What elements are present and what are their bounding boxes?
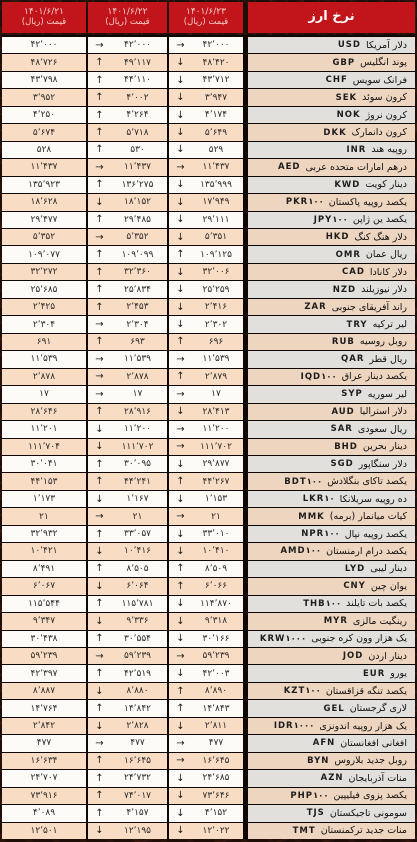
price-cell-day21: ۴٬۲۵۰ bbox=[2, 107, 86, 123]
price-cell-day22: ↓ ۱۱۱٬۷۰۲ bbox=[88, 439, 167, 455]
price-cell-day22: ↓ ۱۸٬۱۵۲ bbox=[88, 194, 167, 210]
currency-code: INR bbox=[347, 145, 367, 155]
currency-code: TRY bbox=[347, 320, 368, 330]
price-cell-day23: ↑ ۸٬۸۹۰ bbox=[169, 683, 243, 699]
price-value-day23: ۲٬۸۱۱ bbox=[189, 721, 243, 731]
price-cell-day23: → ۲۱ bbox=[169, 508, 243, 524]
price-value-day22: ۲۹٬۴۸۵ bbox=[108, 215, 167, 225]
price-cell-day21: ۲۵٬۶۸۵ bbox=[2, 281, 86, 297]
trend-up-icon: ↑ bbox=[88, 476, 108, 487]
currency-name: منات آذربایجان bbox=[349, 773, 407, 784]
price-cell-day23: ↑ ۱۴٬۸۴۳ bbox=[169, 700, 243, 716]
price-cell-day21: ۳۲٬۹۳۲ bbox=[2, 526, 86, 542]
currency-name: کرون نروژ bbox=[366, 110, 407, 121]
currency-name: ده روپیه سریلانکا bbox=[340, 494, 407, 505]
currency-row: ۱۱٬۵۳۹ → ۱۱٬۵۳۹ → ۱۱٬۵۳۹ ریال قطر QAR bbox=[2, 351, 415, 367]
exchange-rate-page: { "header": { "title": "نرخ ارز", "price… bbox=[0, 0, 417, 842]
price-cell-day22: → ۲٬۸۷۸ bbox=[88, 369, 167, 385]
price-value-day21: ۲۸٬۶۴۶ bbox=[2, 407, 86, 417]
currency-name: دلار سنگاپور bbox=[359, 459, 407, 470]
currency-code: CNY bbox=[343, 581, 366, 591]
price-cell-day21: ۲۹٬۴۷۷ bbox=[2, 212, 86, 228]
price-cell-day21: ۴۲٬۰۰۰ bbox=[2, 37, 86, 53]
price-cell-day22: ↑ ۸٬۵۰۵ bbox=[88, 561, 167, 577]
price-cell-day22: ↑ ۴۹٬۱۱۷ bbox=[88, 54, 167, 70]
price-value-day21: ۵٬۶۷۴ bbox=[2, 128, 86, 138]
currency-name-cell: کرون سوئد SEK bbox=[248, 89, 415, 105]
price-cell-day23: ↓ ۵٬۳۵۱ bbox=[169, 229, 243, 245]
currency-name: ریال قطر bbox=[369, 354, 407, 365]
currency-name-cell: دلار سنگاپور SGD bbox=[248, 456, 415, 472]
price-cell-day23: ↓ ۴۸٬۴۲۰ bbox=[169, 54, 243, 70]
price-cell-day22: ↑ ۳۲٬۳۶۰ bbox=[88, 264, 167, 280]
price-cell-day21: ۲٬۳۰۴ bbox=[2, 316, 86, 332]
price-cell-day22: ↑ ۱۰۹٬۰۹۹ bbox=[88, 246, 167, 262]
price-cell-day23: ↓ ۳۰٬۱۶۶ bbox=[169, 631, 243, 647]
currency-name-cell: افغانی افغانستان AFN bbox=[248, 735, 415, 751]
price-value-day23: ۱۱۴٬۸۷۰ bbox=[189, 599, 243, 609]
trend-up-icon: ↑ bbox=[88, 75, 108, 86]
currency-name: یکصد تنگه قزاقستان bbox=[326, 686, 407, 697]
currency-name: روبل روسیه bbox=[360, 336, 407, 347]
price-value-day22: ۲٬۸۷۸ bbox=[108, 372, 167, 382]
price-cell-day23: ↓ ۳٬۹۴۷ bbox=[169, 89, 243, 105]
price-value-day21: ۸٬۸۸۷ bbox=[2, 686, 86, 696]
currency-name-cell: یکصد دینار عراق IQD۱۰۰ bbox=[248, 369, 415, 385]
price-cell-day23: ↓ ۴٬۱۵۲ bbox=[169, 805, 243, 821]
currency-name: کرون دانمارک bbox=[352, 127, 407, 138]
price-cell-day23: ↓ ۱۰٬۴۱۰ bbox=[169, 543, 243, 559]
currency-row: ۴٬۰۸۹ ↑ ۴٬۱۵۷ ↓ ۴٬۱۵۲ سومونی تاجیکستان T… bbox=[2, 805, 415, 821]
currency-row: ۲٬۳۰۴ → ۲٬۳۰۴ ↓ ۲٬۳۰۲ لیر ترکیه TRY bbox=[2, 316, 415, 332]
currency-row: ۴۳٬۷۹۸ ↑ ۴۴٬۱۱۰ ↓ ۴۳٬۷۱۲ فرانک سویس CHF bbox=[2, 72, 415, 88]
price-cell-day21: ۳۲٬۲۷۲ bbox=[2, 264, 86, 280]
price-value-day23: ۵۲۹ bbox=[189, 145, 243, 155]
price-value-day21: ۱۰۹٬۰۷۷ bbox=[2, 250, 86, 260]
price-value-day23: ۷۳٬۶۴۶ bbox=[189, 791, 243, 801]
price-value-day23: ۱۱٬۵۳۹ bbox=[189, 354, 243, 364]
currency-code: NPR۱۰۰ bbox=[301, 529, 339, 539]
price-cell-day23: ↓ ۳۳٬۰۱۰ bbox=[169, 526, 243, 542]
price-value-day23: ۱۱٬۴۳۷ bbox=[189, 162, 243, 172]
price-value-day23: ۴۲٬۰۰۳ bbox=[189, 669, 243, 679]
trend-up-icon: ↑ bbox=[88, 790, 108, 801]
price-value-day21: ۱۳۵٬۹۲۳ bbox=[2, 180, 86, 190]
currency-name-cell: رینگیت مالزی MYR bbox=[248, 613, 415, 629]
currency-name: یکصد روپیه نپال bbox=[345, 529, 407, 540]
price-cell-day22: ↑ ۳۰٬۰۹۵ bbox=[88, 456, 167, 472]
currency-code: MYR bbox=[324, 616, 348, 626]
currency-code: CAD bbox=[342, 267, 365, 277]
trend-down-icon: ↓ bbox=[169, 92, 189, 103]
price-value-day23: ۱۷٬۹۴۹ bbox=[189, 197, 243, 207]
trend-up-icon: ↑ bbox=[88, 110, 108, 121]
price-cell-day23: ↓ ۲٬۴۱۶ bbox=[169, 299, 243, 315]
price-cell-day22: ↑ ۱۳۶٬۲۷۵ bbox=[88, 177, 167, 193]
header-price-label: قیمت (ریال) bbox=[22, 18, 66, 28]
trend-down-icon: ↓ bbox=[169, 127, 189, 138]
trend-flat-icon: → bbox=[169, 441, 189, 452]
price-value-day22: ۸٬۵۰۵ bbox=[108, 564, 167, 574]
currency-name-cell: یک هزار روپیه اندونزی IDR۱۰۰۰ bbox=[248, 718, 415, 734]
price-value-day23: ۳۲٬۰۰۶ bbox=[189, 267, 243, 277]
price-cell-day21: ۳٬۹۵۲ bbox=[2, 89, 86, 105]
price-value-day22: ۴۲٬۰۰۰ bbox=[108, 40, 167, 50]
price-value-day21: ۳۰٬۴۳۸ bbox=[2, 634, 86, 644]
trend-down-icon: ↓ bbox=[169, 616, 189, 627]
price-cell-day21: ۱۱٬۴۳۷ bbox=[2, 159, 86, 175]
price-value-day22: ۲۵٬۸۳۴ bbox=[108, 285, 167, 295]
price-cell-day21: ۲۱ bbox=[2, 508, 86, 524]
currency-code: AFN bbox=[313, 738, 336, 748]
trend-up-icon: ↑ bbox=[88, 529, 108, 540]
currency-name: لیر سوریه bbox=[368, 389, 407, 400]
price-cell-day21: ۳۰٬۰۴۱ bbox=[2, 456, 86, 472]
currency-code: PKR۱۰۰ bbox=[286, 197, 324, 207]
price-cell-day21: ۶٬۰۶۷ bbox=[2, 578, 86, 594]
price-value-day21: ۱۷ bbox=[2, 389, 86, 399]
currency-name-cell: کیات میانمار (برمه) MMK bbox=[248, 508, 415, 524]
currency-name-cell: یکصد درام ارمنستان AMD۱۰۰ bbox=[248, 543, 415, 559]
price-cell-day22: ↑ ۵٬۷۱۸ bbox=[88, 124, 167, 140]
price-cell-day21: ۵۹٬۲۳۹ bbox=[2, 648, 86, 664]
currency-name: منات جدید ترکمنستان bbox=[321, 825, 407, 836]
currency-code: KWD bbox=[334, 180, 360, 190]
trend-down-icon: ↓ bbox=[88, 616, 108, 627]
price-value-day22: ۵٬۳۵۲ bbox=[108, 232, 167, 242]
price-value-day21: ۳۰٬۰۴۱ bbox=[2, 459, 86, 469]
price-cell-day23: → ۱۱٬۵۳۹ bbox=[169, 351, 243, 367]
currency-row: ۶٬۰۶۷ ↓ ۶٬۰۶۴ ↑ ۶٬۰۶۶ یوان چین CNY bbox=[2, 578, 415, 594]
price-cell-day23: → ۱۱۱٬۷۰۲ bbox=[169, 439, 243, 455]
price-cell-day22: → ۱۱٬۴۳۷ bbox=[88, 159, 167, 175]
price-value-day23: ۱۰٬۴۱۰ bbox=[189, 546, 243, 556]
currency-name: دینار بحرین bbox=[363, 441, 407, 452]
currency-name-cell: روبل جدید بلاروس BYN bbox=[248, 753, 415, 769]
price-value-day22: ۱۸٬۱۵۲ bbox=[108, 197, 167, 207]
price-value-day23: ۳٬۹۴۷ bbox=[189, 93, 243, 103]
trend-down-icon: ↓ bbox=[88, 546, 108, 557]
price-cell-day23: ↓ ۳۲٬۰۰۶ bbox=[169, 264, 243, 280]
trend-up-icon: ↑ bbox=[88, 703, 108, 714]
table-header-row: ۱۴۰۱/۶/۲۱ قیمت (ریال) ۱۴۰۱/۶/۲۲ قیمت (ری… bbox=[2, 2, 415, 33]
currency-code: RUB bbox=[332, 337, 355, 347]
trend-up-icon: ↑ bbox=[88, 57, 108, 68]
currency-name: دلار نیوزیلند bbox=[361, 284, 407, 295]
currency-row: ۱۱٬۴۳۷ → ۱۱٬۴۳۷ → ۱۱٬۴۳۷ درهم امارات متح… bbox=[2, 159, 415, 175]
currency-name-cell: روپیه هند INR bbox=[248, 142, 415, 158]
price-cell-day22: ↓ ۱۱٬۲۰۰ bbox=[88, 421, 167, 437]
currency-name-cell: دلار آمریکا USD bbox=[248, 37, 415, 53]
price-value-day22: ۵۳۰ bbox=[108, 145, 167, 155]
currency-code: CHF bbox=[326, 75, 348, 85]
currency-code: BYN bbox=[307, 756, 329, 766]
trend-down-icon: ↓ bbox=[169, 284, 189, 295]
price-value-day22: ۳۰٬۵۵۴ bbox=[108, 634, 167, 644]
trend-up-icon: ↑ bbox=[88, 284, 108, 295]
price-cell-day22: ↑ ۷۴٬۰۱۷ bbox=[88, 788, 167, 804]
price-value-day21: ۵۲۸ bbox=[2, 145, 86, 155]
currency-name: یکصد پزوی فیلیپین bbox=[334, 790, 407, 801]
price-value-day21: ۴۲٬۰۰۰ bbox=[2, 40, 86, 50]
trend-down-icon: ↓ bbox=[88, 197, 108, 208]
price-value-day23: ۲٬۸۷۹ bbox=[189, 372, 243, 382]
trend-flat-icon: → bbox=[88, 40, 108, 51]
price-cell-day22: ↑ ۳۳٬۰۵۷ bbox=[88, 526, 167, 542]
trend-up-icon: ↑ bbox=[88, 267, 108, 278]
trend-down-icon: ↓ bbox=[88, 494, 108, 505]
price-cell-day22: ↑ ۴۲٬۵۱۹ bbox=[88, 665, 167, 681]
trend-down-icon: ↓ bbox=[169, 197, 189, 208]
price-cell-day23: ↓ ۲٬۸۱۱ bbox=[169, 718, 243, 734]
trend-up-icon: ↑ bbox=[88, 598, 108, 609]
header-price-label: قیمت (ریال) bbox=[184, 18, 228, 28]
currency-name: راند آفریقای جنوبی bbox=[332, 302, 407, 313]
trend-flat-icon: → bbox=[169, 738, 189, 749]
currency-code: SAR bbox=[331, 424, 353, 434]
price-value-day23: ۲۵٬۲۵۹ bbox=[189, 285, 243, 295]
trend-down-icon: ↓ bbox=[169, 57, 189, 68]
price-cell-day23: ↓ ۴۳٬۷۱۲ bbox=[169, 72, 243, 88]
trend-flat-icon: → bbox=[88, 371, 108, 382]
currency-name: ریال عمان bbox=[366, 249, 407, 260]
currency-name: دلار هنگ کنگ bbox=[354, 232, 407, 243]
price-value-day21: ۲۵٬۶۸۵ bbox=[2, 285, 86, 295]
price-cell-day22: ↑ ۲۴٬۷۳۲ bbox=[88, 770, 167, 786]
price-value-day21: ۴۳٬۷۹۸ bbox=[2, 75, 86, 85]
currency-name-cell: ریال سعودی SAR bbox=[248, 421, 415, 437]
currency-name: یکصد تاکای بنگلادش bbox=[327, 476, 407, 487]
trend-up-icon: ↑ bbox=[88, 214, 108, 225]
price-value-day21: ۱۱۵٬۵۴۴ bbox=[2, 599, 86, 609]
price-value-day22: ۹٬۳۳۶ bbox=[108, 616, 167, 626]
price-cell-day21: ۶۹۱ bbox=[2, 334, 86, 350]
price-value-day22: ۱۶٬۶۴۵ bbox=[108, 756, 167, 766]
currency-name-cell: یکصد ین ژاپن JPY۱۰۰ bbox=[248, 212, 415, 228]
trend-down-icon: ↓ bbox=[169, 494, 189, 505]
trend-down-icon: ↓ bbox=[88, 721, 108, 732]
table-title: نرخ ارز bbox=[308, 10, 354, 25]
currency-name-cell: یکصد روپیه نپال NPR۱۰۰ bbox=[248, 526, 415, 542]
currency-name-cell: کرون نروژ NOK bbox=[248, 107, 415, 123]
trend-up-icon: ↑ bbox=[88, 459, 108, 470]
currency-code: EUR bbox=[363, 669, 385, 679]
price-cell-day21: ۱۴٬۷۶۴ bbox=[2, 700, 86, 716]
price-cell-day22: → ۱۱٬۵۳۹ bbox=[88, 351, 167, 367]
currency-code: BDT۱۰۰ bbox=[284, 477, 322, 487]
currency-name: لاری گرجستان bbox=[350, 703, 407, 714]
price-cell-day22: → ۲۱ bbox=[88, 508, 167, 524]
price-value-day23: ۵۹٬۲۳۹ bbox=[189, 651, 243, 661]
currency-name-cell: دینار لیبی LYD bbox=[248, 561, 415, 577]
price-cell-day21: ۷۳٬۹۱۶ bbox=[2, 788, 86, 804]
trend-flat-icon: → bbox=[169, 354, 189, 365]
price-cell-day22: ↑ ۲۵٬۸۳۴ bbox=[88, 281, 167, 297]
price-cell-day23: ↓ ۲۹٬۸۷۷ bbox=[169, 456, 243, 472]
price-cell-day22: ↑ ۲۸٬۹۱۶ bbox=[88, 404, 167, 420]
price-value-day21: ۴۲٬۳۹۷ bbox=[2, 669, 86, 679]
currency-row: ۱۶٬۶۳۴ ↑ ۱۶٬۶۴۵ → ۱۶٬۶۴۵ روبل جدید بلارو… bbox=[2, 753, 415, 769]
price-cell-day22: ↓ ۸٬۸۸۰ bbox=[88, 683, 167, 699]
price-cell-day21: ۵٬۳۵۲ bbox=[2, 229, 86, 245]
currency-name-cell: لاری گرجستان GEL bbox=[248, 700, 415, 716]
price-value-day21: ۸٬۴۹۱ bbox=[2, 564, 86, 574]
trend-flat-icon: → bbox=[88, 354, 108, 365]
currency-row: ۲۴٬۷۰۷ ↑ ۲۴٬۷۳۲ ↓ ۲۴٬۶۸۵ منات آذربایجان … bbox=[2, 770, 415, 786]
price-cell-day22: ↑ ۱۶٬۶۴۵ bbox=[88, 753, 167, 769]
price-cell-day21: ۴٬۰۸۹ bbox=[2, 805, 86, 821]
header-date-text: ۱۴۰۱/۶/۲۳ bbox=[186, 7, 226, 17]
currency-name-cell: ده روپیه سریلانکا LKR۱۰ bbox=[248, 491, 415, 507]
currency-row: ۳۰٬۴۳۸ ↑ ۳۰٬۵۵۴ ↓ ۳۰٬۱۶۶ یک هزار وون کره… bbox=[2, 631, 415, 647]
price-cell-day23: ↓ ۱۳۵٬۹۹۹ bbox=[169, 177, 243, 193]
currency-name: پوند انگلیس bbox=[360, 57, 407, 68]
currency-row: ۲٬۸۷۸ → ۲٬۸۷۸ ↑ ۲٬۸۷۹ یکصد دینار عراق IQ… bbox=[2, 369, 415, 385]
price-cell-day23: ↓ ۲۴٬۶۸۵ bbox=[169, 770, 243, 786]
currency-code: HKD bbox=[326, 232, 350, 242]
currency-name-cell: یوان چین CNY bbox=[248, 578, 415, 594]
price-cell-day22: → ۵٬۳۵۲ bbox=[88, 229, 167, 245]
trend-flat-icon: → bbox=[169, 755, 189, 766]
price-cell-day23: ↓ ۱۷٬۹۴۹ bbox=[169, 194, 243, 210]
trend-down-icon: ↓ bbox=[169, 302, 189, 313]
currency-row: ۴۲٬۰۰۰ → ۴۲٬۰۰۰ → ۴۲٬۰۰۰ دلار آمریکا USD bbox=[2, 37, 415, 53]
price-value-day23: ۸٬۸۹۰ bbox=[189, 686, 243, 696]
price-cell-day21: ۲۴٬۷۰۷ bbox=[2, 770, 86, 786]
currency-row: ۶۹۱ ↑ ۶۹۳ ↑ ۶۹۶ روبل روسیه RUB bbox=[2, 334, 415, 350]
price-cell-day22: ↑ ۵۳۰ bbox=[88, 142, 167, 158]
price-cell-day22: ↓ ۱٬۱۶۷ bbox=[88, 491, 167, 507]
price-value-day22: ۱۴٬۸۴۲ bbox=[108, 704, 167, 714]
price-cell-day21: ۱۷ bbox=[2, 386, 86, 402]
price-value-day21: ۴۷۷ bbox=[2, 738, 86, 748]
currency-name: یک هزار روپیه اندونزی bbox=[319, 721, 407, 732]
price-value-day23: ۶٬۰۶۶ bbox=[189, 581, 243, 591]
price-value-day23: ۲۸٬۴۱۳ bbox=[189, 407, 243, 417]
price-value-day21: ۲٬۳۰۴ bbox=[2, 320, 86, 330]
currency-row: ۲۸٬۶۴۶ ↑ ۲۸٬۹۱۶ ↓ ۲۸٬۴۱۳ دلار استرالیا A… bbox=[2, 404, 415, 420]
price-value-day22: ۸٬۸۸۰ bbox=[108, 686, 167, 696]
currency-code: PHP۱۰۰ bbox=[290, 791, 328, 801]
currency-name: دلار استرالیا bbox=[360, 406, 407, 417]
currency-name: فرانک سویس bbox=[353, 75, 407, 86]
price-cell-day21: ۴۴٬۱۵۳ bbox=[2, 473, 86, 489]
price-cell-day23: ↓ ۲۸٬۴۱۳ bbox=[169, 404, 243, 420]
price-value-day23: ۱۱٬۲۰۰ bbox=[189, 424, 243, 434]
price-value-day21: ۳۲٬۲۷۲ bbox=[2, 267, 86, 277]
price-cell-day21: ۵۲۸ bbox=[2, 142, 86, 158]
price-cell-day21: ۴۸٬۷۲۶ bbox=[2, 54, 86, 70]
price-value-day21: ۱۱۱٬۷۰۴ bbox=[2, 442, 86, 452]
price-value-day21: ۳۲٬۹۳۲ bbox=[2, 529, 86, 539]
currency-row: ۷۳٬۹۱۶ ↑ ۷۴٬۰۱۷ ↓ ۷۳٬۶۴۶ یکصد پزوی فیلیپ… bbox=[2, 788, 415, 804]
trend-down-icon: ↓ bbox=[88, 441, 108, 452]
currency-name: روپیه هند bbox=[371, 144, 407, 155]
price-value-day23: ۴۲٬۰۰۰ bbox=[189, 40, 243, 50]
price-value-day23: ۱٬۱۵۳ bbox=[189, 494, 243, 504]
price-cell-day23: ↑ ۸٬۵۰۹ bbox=[169, 561, 243, 577]
trend-down-icon: ↓ bbox=[169, 598, 189, 609]
currency-code: THB۱۰۰ bbox=[303, 599, 341, 609]
price-cell-day23: ↑ ۶۹۶ bbox=[169, 334, 243, 350]
currency-row: ۳۲٬۹۳۲ ↑ ۳۳٬۰۵۷ ↓ ۳۳٬۰۱۰ یکصد روپیه نپال… bbox=[2, 526, 415, 542]
trend-down-icon: ↓ bbox=[169, 110, 189, 121]
price-value-day23: ۱۱۱٬۷۰۲ bbox=[189, 442, 243, 452]
trend-flat-icon: → bbox=[169, 40, 189, 51]
trend-flat-icon: → bbox=[169, 651, 189, 662]
price-value-day21: ۲٬۴۲۵ bbox=[2, 302, 86, 312]
currency-row: ۵۲۸ ↑ ۵۳۰ ↓ ۵۲۹ روپیه هند INR bbox=[2, 142, 415, 158]
currency-row: ۴۸٬۷۲۶ ↑ ۴۹٬۱۱۷ ↓ ۴۸٬۴۲۰ پوند انگلیس GBP bbox=[2, 54, 415, 70]
currency-name: روبل جدید بلاروس bbox=[334, 755, 407, 766]
currency-name: کرون سوئد bbox=[362, 92, 407, 103]
currency-code: TJS bbox=[307, 808, 325, 818]
price-cell-day21: ۱۰٬۴۲۱ bbox=[2, 543, 86, 559]
currency-name: دینار اردن bbox=[368, 651, 407, 662]
price-value-day23: ۱۶٬۶۴۵ bbox=[189, 756, 243, 766]
trend-down-icon: ↓ bbox=[169, 808, 189, 819]
currency-name-cell: منات جدید ترکمنستان TMT bbox=[248, 823, 415, 839]
price-value-day22: ۴۷۷ bbox=[108, 738, 167, 748]
currency-code: DKK bbox=[323, 128, 346, 138]
price-value-day23: ۴٬۱۵۲ bbox=[189, 808, 243, 818]
currency-row: ۱۸٬۶۲۸ ↓ ۱۸٬۱۵۲ ↓ ۱۷٬۹۴۹ یکصد روپیه پاکس… bbox=[2, 194, 415, 210]
currency-code: SYP bbox=[341, 389, 363, 399]
price-value-day21: ۴٬۲۵۰ bbox=[2, 110, 86, 120]
trend-flat-icon: → bbox=[169, 511, 189, 522]
price-value-day22: ۴٬۲۶۴ bbox=[108, 110, 167, 120]
currency-name-cell: ریال قطر QAR bbox=[248, 351, 415, 367]
trend-down-icon: ↓ bbox=[88, 424, 108, 435]
price-value-day23: ۸٬۵۰۹ bbox=[189, 564, 243, 574]
currency-code: IDR۱۰۰۰ bbox=[274, 721, 315, 731]
currency-name-cell: یکصد تاکای بنگلادش BDT۱۰۰ bbox=[248, 473, 415, 489]
price-cell-day23: ↓ ۱۲٬۰۲۲ bbox=[169, 823, 243, 839]
price-cell-day21: ۲٬۸۴۲ bbox=[2, 718, 86, 734]
currency-row: ۴۷۷ → ۴۷۷ → ۴۷۷ افغانی افغانستان AFN bbox=[2, 735, 415, 751]
price-value-day22: ۳۰٬۰۹۵ bbox=[108, 459, 167, 469]
price-cell-day21: ۱۱٬۲۰۱ bbox=[2, 421, 86, 437]
trend-flat-icon: → bbox=[88, 511, 108, 522]
currency-code: AED bbox=[278, 162, 300, 172]
price-cell-day21: ۱۳۵٬۹۲۳ bbox=[2, 177, 86, 193]
trend-flat-icon: → bbox=[88, 651, 108, 662]
price-value-day21: ۷۳٬۹۱۶ bbox=[2, 791, 86, 801]
price-cell-day21: ۱۲٬۵۰۱ bbox=[2, 823, 86, 839]
price-cell-day22: → ۴۷۷ bbox=[88, 735, 167, 751]
currency-name-cell: دینار اردن JOD bbox=[248, 648, 415, 664]
price-cell-day23: ↓ ۵۲۹ bbox=[169, 142, 243, 158]
currency-row: ۴۴٬۱۵۳ ↑ ۴۴٬۲۴۱ ↑ ۴۴٬۲۶۷ یکصد تاکای بنگل… bbox=[2, 473, 415, 489]
trend-flat-icon: → bbox=[169, 389, 189, 400]
currency-row: ۵۹٬۲۳۹ → ۵۹٬۲۳۹ → ۵۹٬۲۳۹ دینار اردن JOD bbox=[2, 648, 415, 664]
price-value-day21: ۶۹۱ bbox=[2, 337, 86, 347]
trend-down-icon: ↓ bbox=[88, 686, 108, 697]
currency-name: یوان چین bbox=[371, 581, 407, 592]
price-value-day22: ۲۱ bbox=[108, 512, 167, 522]
price-cell-day22: ↑ ۲۹٬۴۸۵ bbox=[88, 212, 167, 228]
price-cell-day22: ↑ ۴٬۰۰۲ bbox=[88, 89, 167, 105]
price-cell-day21: ۲٬۸۷۸ bbox=[2, 369, 86, 385]
currency-name: سومونی تاجیکستان bbox=[330, 808, 407, 819]
price-value-day23: ۶۹۶ bbox=[189, 337, 243, 347]
trend-up-icon: ↑ bbox=[88, 92, 108, 103]
currency-code: JOD bbox=[343, 651, 363, 661]
trend-down-icon: ↓ bbox=[169, 319, 189, 330]
price-value-day23: ۴۴٬۲۶۷ bbox=[189, 477, 243, 487]
price-cell-day23: ↓ ۷۳٬۶۴۶ bbox=[169, 788, 243, 804]
currency-name: لیر ترکیه bbox=[373, 319, 407, 330]
